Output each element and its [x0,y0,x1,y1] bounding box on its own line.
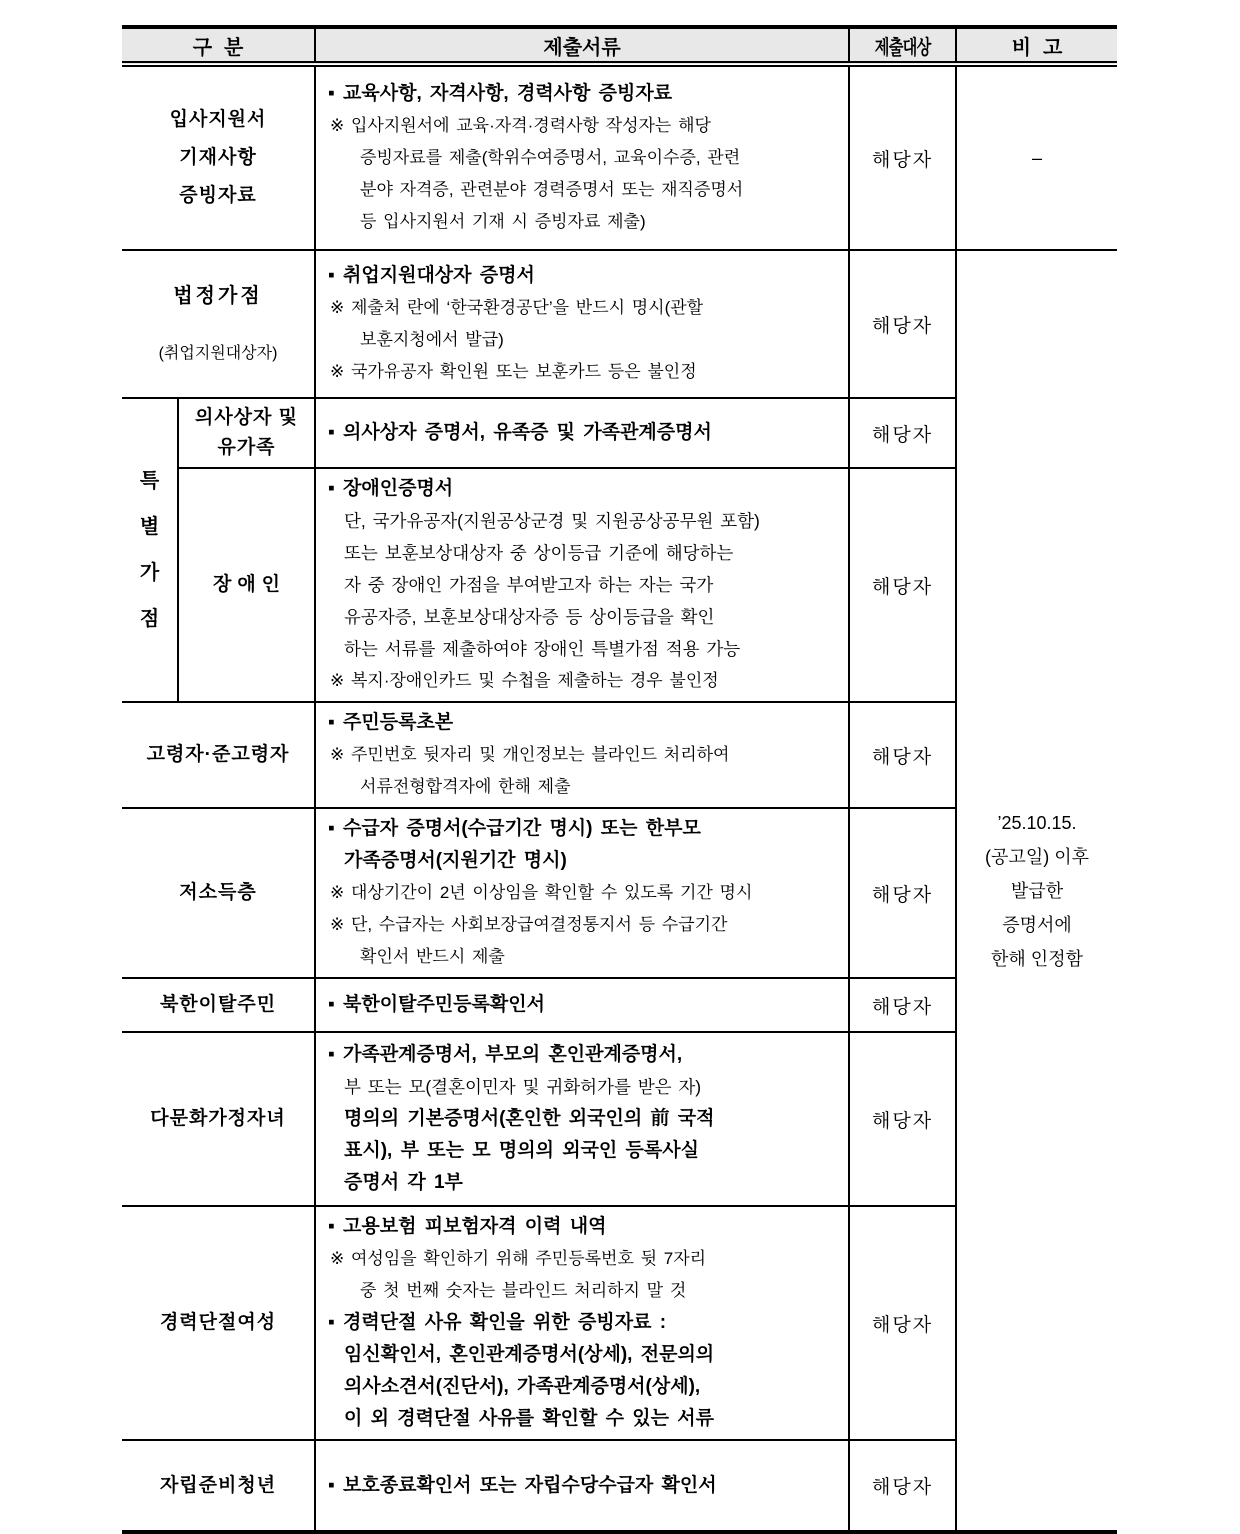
category-cell-legal-bonus: 법정가점 (취업지원대상자) [122,250,315,398]
doc-line: 또는 보훈보상대상자 중 상이등급 기준에 해당하는 [328,537,842,569]
category-cell-disabled-persons: 장애인 [178,468,315,702]
submission-documents-table: 구분 제출서류 제출대상 비고 입사지원서 기재사항 증빙자료 ▪ 교육사항, … [122,25,1117,1534]
doc-line: 유공자증, 보훈보상대상자증 등 상이등급을 확인 [328,601,842,633]
row-application-form-evidence: 입사지원서 기재사항 증빙자료 ▪ 교육사항, 자격사항, 경력사항 증빙자료※… [122,64,1117,250]
doc-line: ※ 입사지원서에 교육·자격·경력사항 작성자는 해당 [328,110,842,142]
doc-line: ▪ 장애인증명서 [328,473,842,505]
category-cell-independence-preparing-youth: 자립준비청년 [122,1440,315,1532]
header-target-label: 제출대상 [875,31,931,60]
target-cell-independence-preparing-youth: 해당자 [849,1440,956,1532]
doc-line: ※ 제출처 란에 ‘한국환경공단’을 반드시 명시(관할 [328,292,842,324]
target-cell-senior-citizens: 해당자 [849,702,956,808]
remarks-cell-application-form-evidence: – [956,64,1117,250]
doc-line: 의사소견서(진단서), 가족관계증명서(상세), [328,1371,842,1403]
docs-cell-career-interrupted-women: ▪ 고용보험 피보험자격 이력 내역※ 여성임을 확인하기 위해 주민등록번호 … [315,1206,849,1440]
doc-line: ※ 복지·장애인카드 및 수첩을 제출하는 경우 불인정 [328,665,842,697]
category-cell-career-interrupted-women: 경력단절여성 [122,1206,315,1440]
doc-line: 임신확인서, 혼인관계증명서(상세), 전문의의 [328,1339,842,1371]
category-cell-application-form-evidence: 입사지원서 기재사항 증빙자료 [122,64,315,250]
doc-line: 가족증명서(지원기간 명시) [328,845,842,877]
doc-line: ※ 주민번호 뒷자리 및 개인정보는 블라인드 처리하여 [328,739,842,771]
doc-line: ▪ 가족관계증명서, 부모의 혼인관계증명서, [328,1039,842,1071]
row-legal-bonus: 법정가점 (취업지원대상자) ▪ 취업지원대상자 증명서※ 제출처 란에 ‘한국… [122,250,1117,398]
docs-cell-application-form-evidence: ▪ 교육사항, 자격사항, 경력사항 증빙자료※ 입사지원서에 교육·자격·경력… [315,64,849,250]
category-cell-low-income: 저소득층 [122,808,315,978]
doc-line: ▪ 북한이탈주민등록확인서 [328,989,842,1021]
docs-cell-righteous-persons: ▪ 의사상자 증명서, 유족증 및 가족관계증명서 [315,398,849,468]
category-cell-senior-citizens: 고령자·준고령자 [122,702,315,808]
target-cell-disabled-persons: 해당자 [849,468,956,702]
doc-line: 단, 국가유공자(지원공상군경 및 지원공상공무원 포함) [328,505,842,537]
doc-line: ▪ 취업지원대상자 증명서 [328,260,842,292]
target-cell-legal-bonus: 해당자 [849,250,956,398]
doc-line: ※ 대상기간이 2년 이상임을 확인할 수 있도록 기간 명시 [328,877,842,909]
docs-cell-multicultural-family: ▪ 가족관계증명서, 부모의 혼인관계증명서,부 또는 모(결혼이민자 및 귀화… [315,1032,849,1206]
doc-line: 명의의 기본증명서(혼인한 외국인의 前 국적 [328,1103,842,1135]
remarks-cell-merged: ’25.10.15. (공고일) 이후 발급한 증명서에 한해 인정함 [956,250,1117,1532]
docs-cell-north-korean-defectors: ▪ 북한이탈주민등록확인서 [315,978,849,1032]
header-target: 제출대상 [849,27,956,64]
doc-line: 자 중 장애인 가점을 부여받고자 하는 자는 국가 [328,569,842,601]
doc-line: 이 외 경력단절 사유를 확인할 수 있는 서류 [328,1403,842,1435]
doc-line: ▪ 의사상자 증명서, 유족증 및 가족관계증명서 [328,417,842,449]
special-bonus-vertical-label: 특별가점 [139,458,161,642]
header-category: 구분 [122,27,315,64]
category-legal-bonus-label: 법정가점 [122,281,314,311]
doc-line: ▪ 주민등록초본 [328,707,842,739]
doc-line: ▪ 교육사항, 자격사항, 경력사항 증빙자료 [328,78,842,110]
docs-cell-senior-citizens: ▪ 주민등록초본※ 주민번호 뒷자리 및 개인정보는 블라인드 처리하여서류전형… [315,702,849,808]
docs-cell-independence-preparing-youth: ▪ 보호종료확인서 또는 자립수당수급자 확인서 [315,1440,849,1532]
doc-line: 분야 자격증, 관련분야 경력증명서 또는 재직증명서 [328,174,842,206]
doc-line: ▪ 경력단절 사유 확인을 위한 증빙자료 : [328,1307,842,1339]
target-cell-application-form-evidence: 해당자 [849,64,956,250]
doc-line: ▪ 보호종료확인서 또는 자립수당수급자 확인서 [328,1470,842,1502]
doc-line: 증빙자료를 제출(학위수여증명서, 교육이수증, 관련 [328,142,842,174]
docs-cell-disabled-persons: ▪ 장애인증명서단, 국가유공자(지원공상군경 및 지원공상공무원 포함)또는 … [315,468,849,702]
doc-line: 등 입사지원서 기재 시 증빙자료 제출) [328,206,842,238]
doc-line: ※ 국가유공자 확인원 또는 보훈카드 등은 불인정 [328,356,842,388]
header-row: 구분 제출서류 제출대상 비고 [122,27,1117,64]
target-cell-multicultural-family: 해당자 [849,1032,956,1206]
target-cell-career-interrupted-women: 해당자 [849,1206,956,1440]
header-documents: 제출서류 [315,27,849,64]
doc-line: 표시), 부 또는 모 명의의 외국인 등록사실 [328,1135,842,1167]
category-cell-north-korean-defectors: 북한이탈주민 [122,978,315,1032]
doc-line: 하는 서류를 제출하여야 장애인 특별가점 적용 가능 [328,633,842,665]
target-cell-north-korean-defectors: 해당자 [849,978,956,1032]
doc-line: 보훈지청에서 발급) [328,324,842,356]
doc-line: 확인서 반드시 제출 [328,941,842,973]
doc-line: 증명서 각 1부 [328,1167,842,1199]
docs-cell-low-income: ▪ 수급자 증명서(수급기간 명시) 또는 한부모가족증명서(지원기간 명시)※… [315,808,849,978]
doc-line: 서류전형합격자에 한해 제출 [328,771,842,803]
category-cell-special-bonus-group: 특별가점 [122,398,178,702]
doc-line: 중 첫 번째 숫자는 블라인드 처리하지 말 것 [328,1275,842,1307]
target-cell-low-income: 해당자 [849,808,956,978]
doc-line: ※ 단, 수급자는 사회보장급여결정통지서 등 수급기간 [328,909,842,941]
doc-line: 부 또는 모(결혼이민자 및 귀화허가를 받은 자) [328,1071,842,1103]
doc-line: ▪ 수급자 증명서(수급기간 명시) 또는 한부모 [328,813,842,845]
doc-line: ※ 여성임을 확인하기 위해 주민등록번호 뒷 7자리 [328,1243,842,1275]
category-cell-multicultural-family: 다문화가정자녀 [122,1032,315,1206]
category-cell-righteous-persons: 의사상자 및 유가족 [178,398,315,468]
docs-cell-legal-bonus: ▪ 취업지원대상자 증명서※ 제출처 란에 ‘한국환경공단’을 반드시 명시(관… [315,250,849,398]
target-cell-righteous-persons: 해당자 [849,398,956,468]
doc-line: ▪ 고용보험 피보험자격 이력 내역 [328,1211,842,1243]
category-legal-bonus-sublabel: (취업지원대상자) [122,341,314,367]
header-remarks: 비고 [956,27,1117,64]
